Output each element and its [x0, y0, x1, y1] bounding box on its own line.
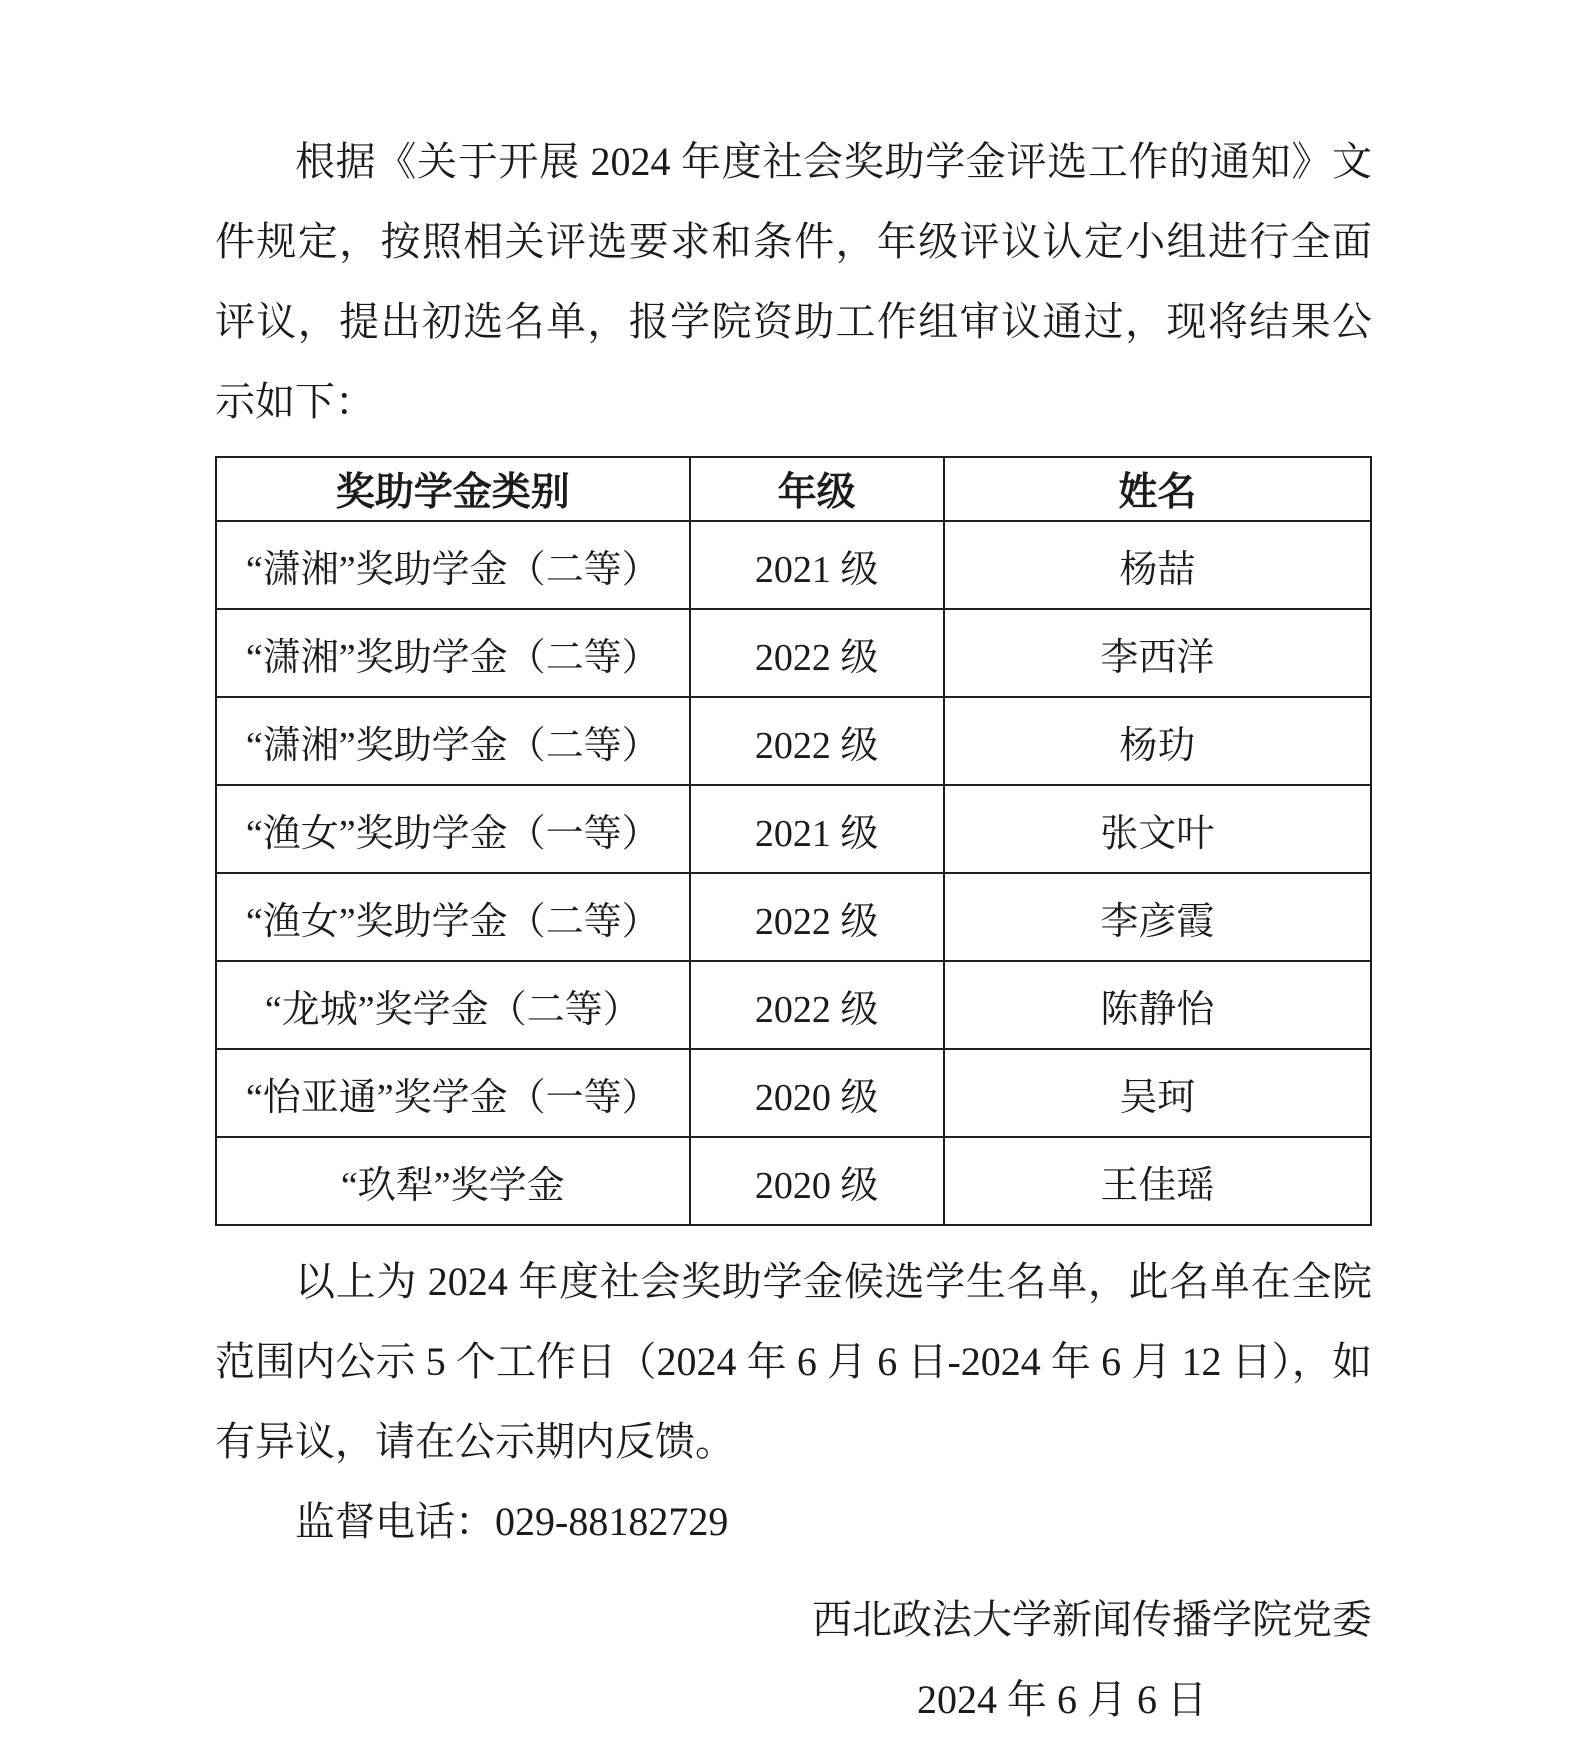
col-header-grade: 年级	[690, 457, 944, 521]
name-cell: 李彦霞	[944, 873, 1371, 961]
name-cell: 王佳瑶	[944, 1137, 1371, 1225]
name-cell: 吴珂	[944, 1049, 1371, 1137]
name-cell: 陈静怡	[944, 961, 1371, 1049]
name-cell: 张文叶	[944, 785, 1371, 873]
name-cell: 杨玏	[944, 697, 1371, 785]
scholarship-cell: “怡亚通”奖学金（一等）	[216, 1049, 690, 1137]
grade-cell: 2022 级	[690, 961, 944, 1049]
table-row: “渔女”奖助学金（一等） 2021 级 张文叶	[216, 785, 1371, 873]
summary-paragraph: 以上为 2024 年度社会奖助学金候选学生名单，此名单在全院范围内公示 5 个工…	[215, 1242, 1372, 1482]
scholarship-table: 奖助学金类别 年级 姓名 “潇湘”奖助学金（二等） 2021 级 杨喆 “潇湘”…	[215, 456, 1372, 1226]
intro-paragraph: 根据《关于开展 2024 年度社会奖助学金评选工作的通知》文件规定，按照相关评选…	[215, 122, 1372, 442]
table-row: “潇湘”奖助学金（二等） 2021 级 杨喆	[216, 521, 1371, 609]
grade-cell: 2022 级	[690, 697, 944, 785]
document-page: 根据《关于开展 2024 年度社会奖助学金评选工作的通知》文件规定，按照相关评选…	[0, 0, 1587, 1763]
grade-cell: 2022 级	[690, 609, 944, 697]
scholarship-cell: “渔女”奖助学金（二等）	[216, 873, 690, 961]
col-header-category: 奖助学金类别	[216, 457, 690, 521]
supervision-phone-line: 监督电话：029-88182729	[215, 1482, 1372, 1562]
grade-cell: 2021 级	[690, 785, 944, 873]
scholarship-cell: “龙城”奖学金（二等）	[216, 961, 690, 1049]
table-header-row: 奖助学金类别 年级 姓名	[216, 457, 1371, 521]
name-cell: 杨喆	[944, 521, 1371, 609]
table-row: “渔女”奖助学金（二等） 2022 级 李彦霞	[216, 873, 1371, 961]
grade-cell: 2020 级	[690, 1137, 944, 1225]
table-row: “龙城”奖学金（二等） 2022 级 陈静怡	[216, 961, 1371, 1049]
scholarship-cell: “渔女”奖助学金（一等）	[216, 785, 690, 873]
table-row: “玖犁”奖学金 2020 级 王佳瑶	[216, 1137, 1371, 1225]
table-row: “怡亚通”奖学金（一等） 2020 级 吴珂	[216, 1049, 1371, 1137]
grade-cell: 2020 级	[690, 1049, 944, 1137]
col-header-name: 姓名	[944, 457, 1371, 521]
table-row: “潇湘”奖助学金（二等） 2022 级 杨玏	[216, 697, 1371, 785]
document-date: 2024 年 6 月 6 日	[215, 1660, 1372, 1740]
signature: 西北政法大学新闻传播学院党委	[215, 1580, 1372, 1660]
table-row: “潇湘”奖助学金（二等） 2022 级 李西洋	[216, 609, 1371, 697]
scholarship-cell: “玖犁”奖学金	[216, 1137, 690, 1225]
scholarship-cell: “潇湘”奖助学金（二等）	[216, 609, 690, 697]
grade-cell: 2022 级	[690, 873, 944, 961]
scholarship-cell: “潇湘”奖助学金（二等）	[216, 521, 690, 609]
name-cell: 李西洋	[944, 609, 1371, 697]
grade-cell: 2021 级	[690, 521, 944, 609]
scholarship-cell: “潇湘”奖助学金（二等）	[216, 697, 690, 785]
